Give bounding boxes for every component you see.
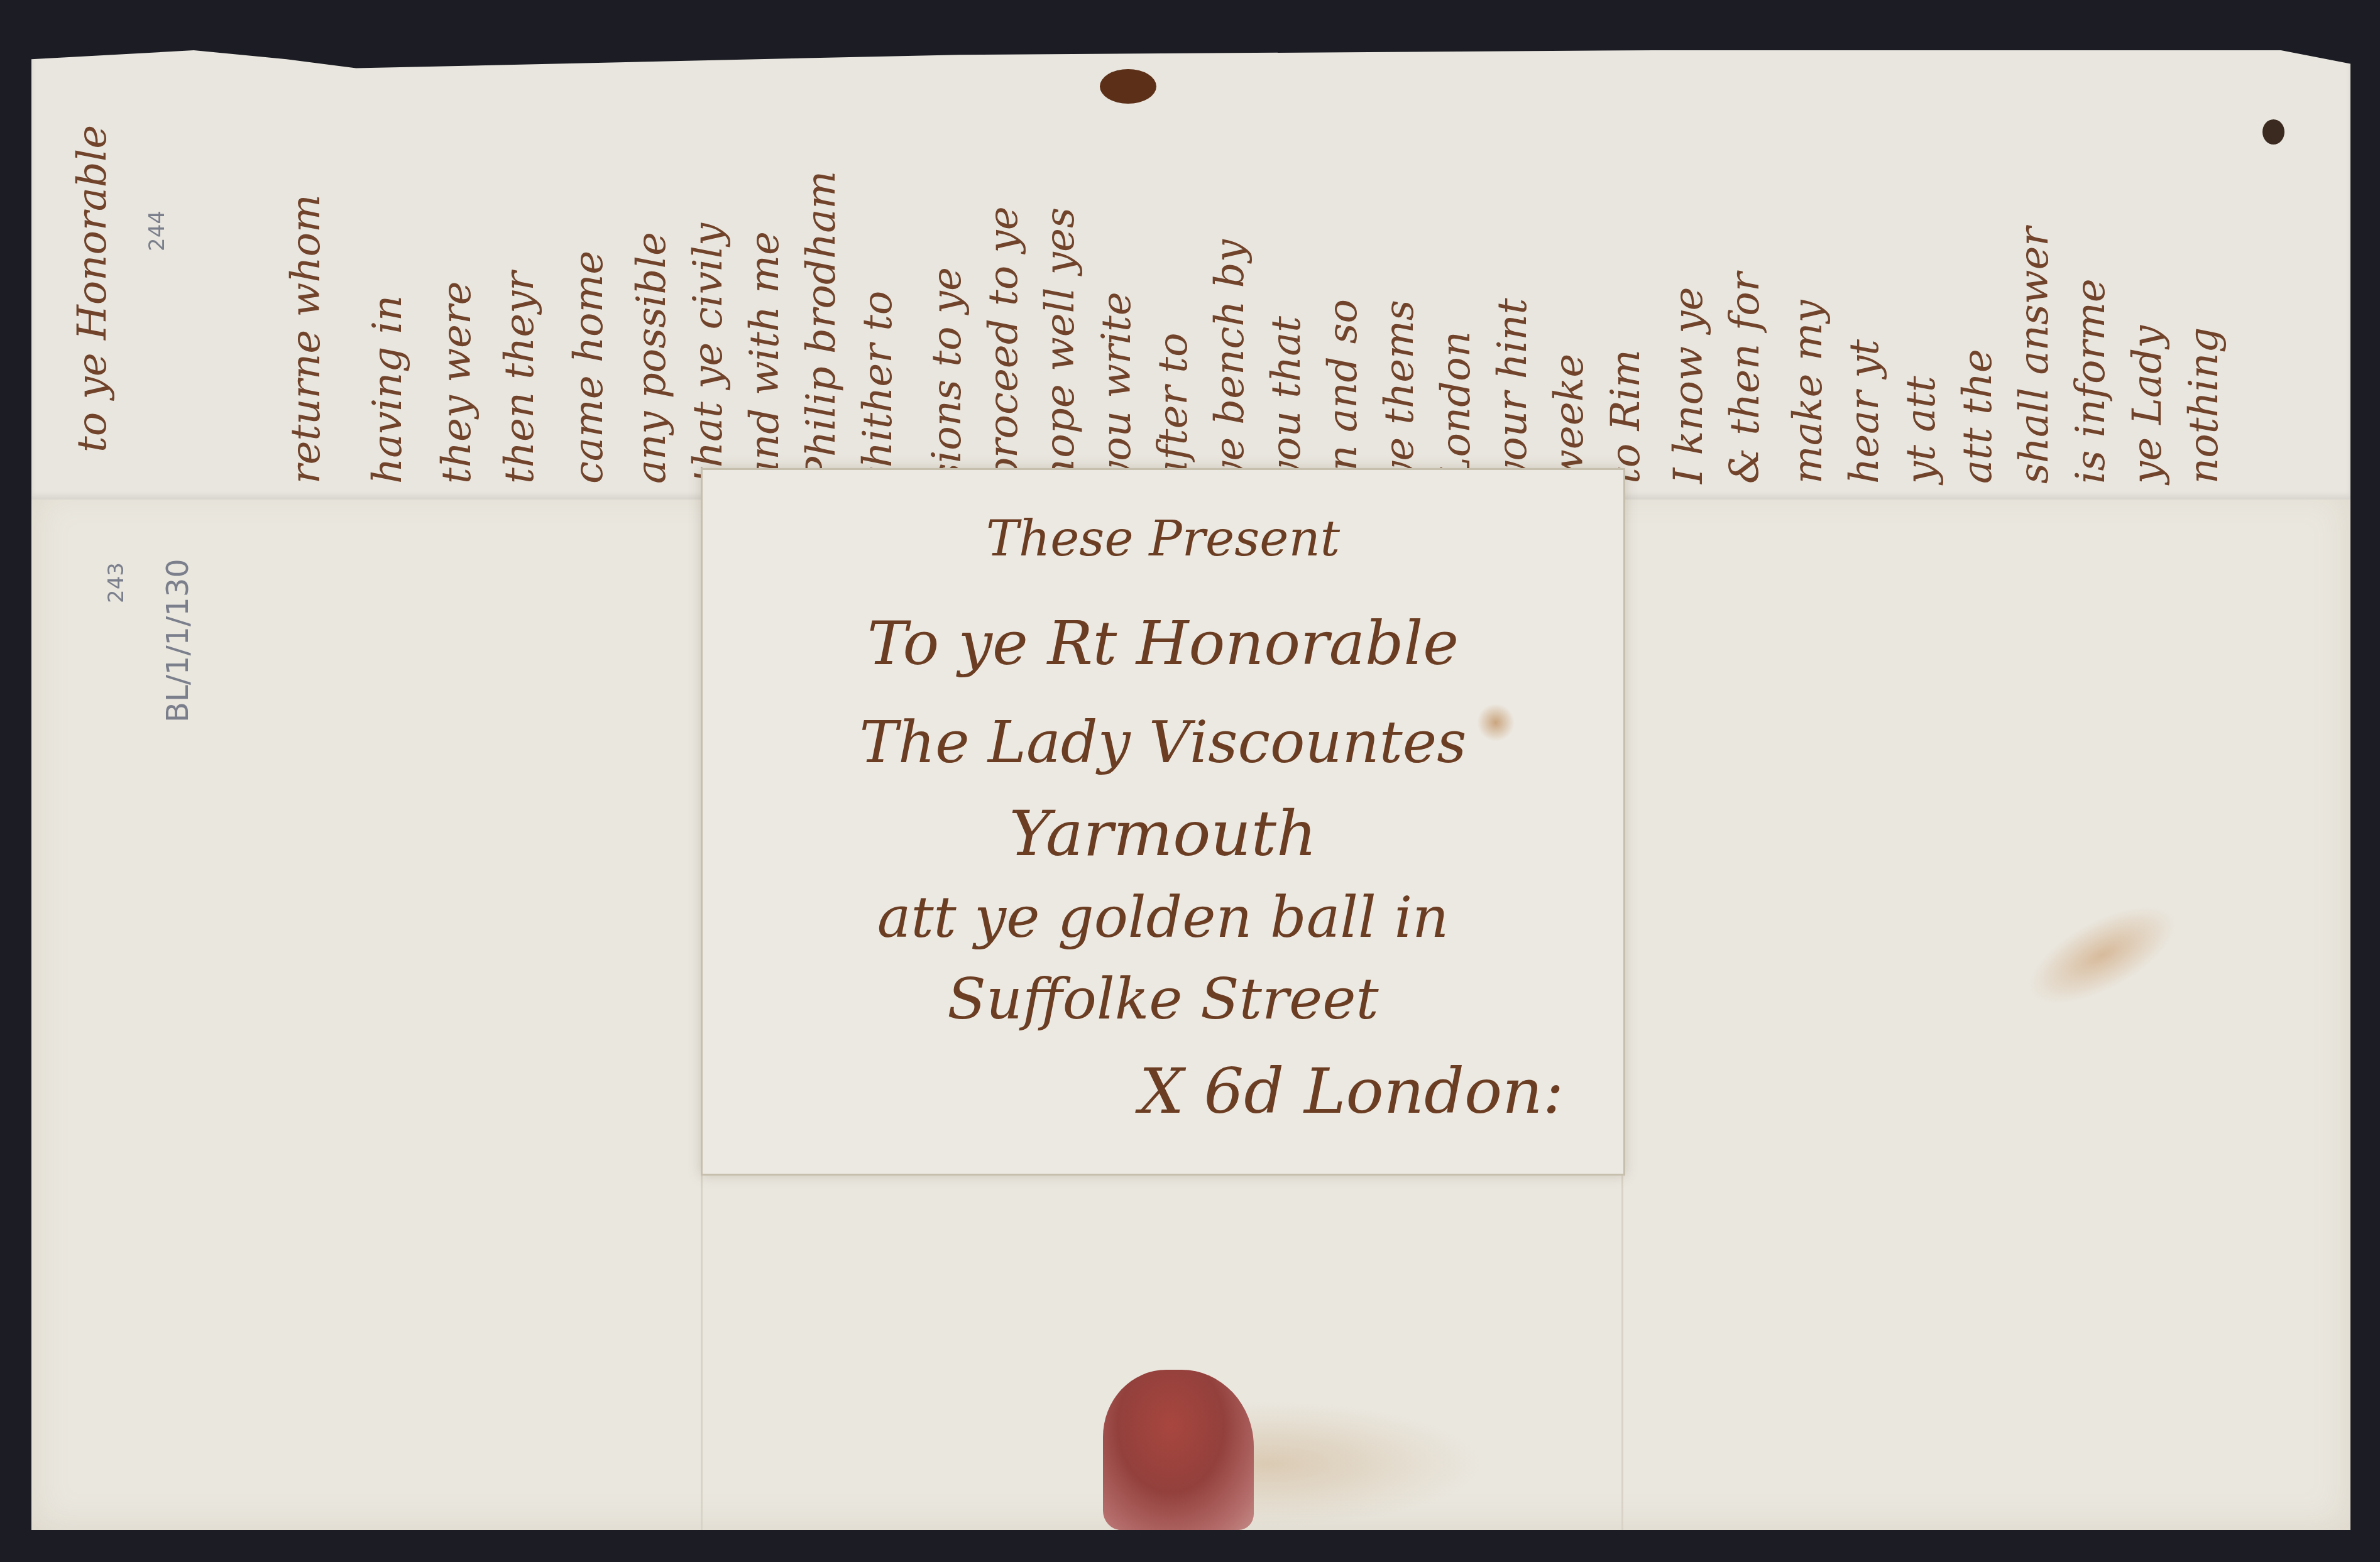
flap-text-line: they were bbox=[434, 281, 480, 484]
flap-text-line: att the bbox=[1955, 349, 2001, 484]
flap-text-line: proceed to ye bbox=[980, 206, 1027, 484]
archive-reference-number: BL/1/1/130 bbox=[160, 559, 195, 723]
flap-text-line: that ye civily bbox=[685, 223, 732, 484]
flap-text-line: hope well yes bbox=[1037, 207, 1083, 484]
flap-text-line: & then for bbox=[1722, 273, 1769, 484]
flap-text-line: ye thems bbox=[1376, 300, 1423, 484]
flap-text-line: and with me bbox=[742, 231, 788, 484]
ink-blot bbox=[1100, 69, 1156, 104]
flap-text-line: ye Lady bbox=[2124, 325, 2171, 484]
flap-text-line: in and so bbox=[1320, 299, 1366, 484]
flap-text-line: shall answer bbox=[2011, 227, 2058, 484]
flap-text-line: make my bbox=[1785, 300, 1831, 484]
flap-text-line: having in bbox=[365, 295, 411, 484]
flap-text-line: nothing bbox=[2181, 327, 2227, 484]
flap-text-line: returne whom bbox=[283, 194, 329, 484]
flap-text-line: then theyr bbox=[496, 271, 543, 484]
flap-text-line: ye bench by bbox=[1207, 239, 1253, 484]
address-line-golden-ball: att ye golden ball in bbox=[703, 885, 1862, 951]
flap-text-line: thither to bbox=[855, 291, 901, 484]
flap-text-line: yt att bbox=[1898, 376, 1944, 484]
flap-text-line: came home bbox=[566, 251, 612, 484]
ink-blot bbox=[2262, 119, 2284, 145]
flap-text-line: to Rim bbox=[1603, 349, 1649, 484]
address-line-postage-london: X 6d London: bbox=[703, 1054, 1812, 1128]
seal-residue-stain bbox=[1244, 1401, 1483, 1527]
wax-seal bbox=[1103, 1370, 1254, 1530]
foxing-stain bbox=[1477, 704, 1515, 741]
fold-left-panel bbox=[31, 490, 703, 1530]
address-line-honorable: To ye Rt Honorable bbox=[703, 608, 1699, 679]
flap-text-line: hear yt bbox=[1841, 339, 1888, 484]
top-flap: to ye Honorable returne whom having in t… bbox=[31, 50, 2350, 500]
folio-number-upper: 244 bbox=[145, 210, 170, 251]
flap-text-line: any possible bbox=[628, 232, 675, 484]
address-line-yarmouth: Yarmouth bbox=[703, 797, 1699, 870]
flap-text-line: Philip brodham bbox=[798, 171, 845, 484]
flap-text-line: London bbox=[1433, 331, 1479, 484]
flap-text-line: you write bbox=[1094, 292, 1140, 484]
folio-number-lower: 243 bbox=[104, 562, 129, 603]
flap-text-line: weeke bbox=[1546, 354, 1593, 484]
flap-text-line: I know ye bbox=[1665, 287, 1712, 484]
flap-text-line: to ye Honorable bbox=[69, 125, 116, 452]
flap-text-line: your hint bbox=[1489, 298, 1536, 484]
flap-text-line: after to bbox=[1150, 332, 1197, 484]
flap-text-line: you that bbox=[1263, 316, 1310, 484]
address-line-street: Suffolke Street bbox=[703, 966, 1787, 1032]
address-line-these-present: These Present bbox=[703, 511, 1623, 567]
address-panel: These Present To ye Rt Honorable The Lad… bbox=[701, 468, 1625, 1176]
flap-text-line: is informe bbox=[2068, 278, 2114, 484]
flap-text-line: sions to ye bbox=[924, 267, 970, 484]
